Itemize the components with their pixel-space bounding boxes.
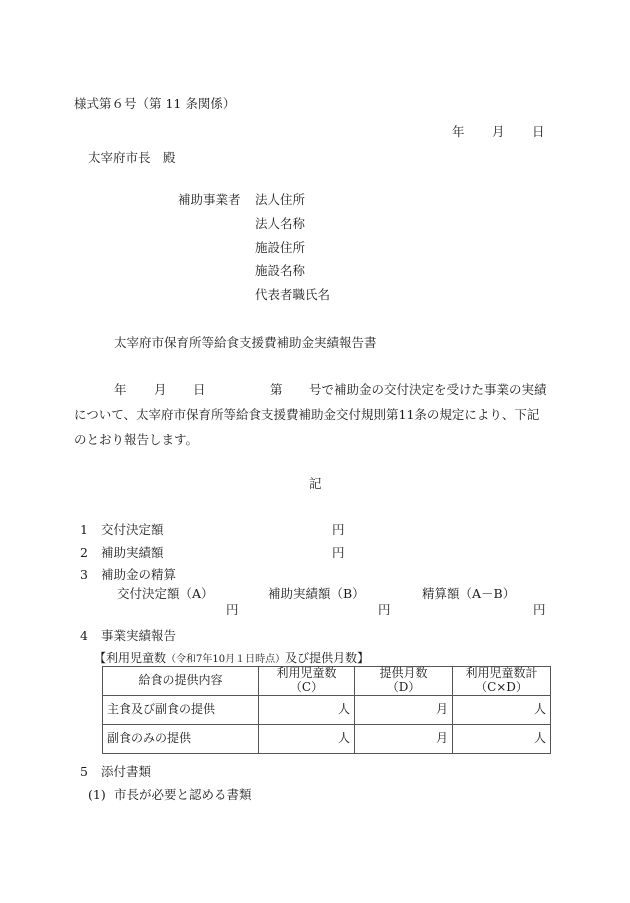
header-meal-content: 給食の提供内容 (103, 667, 259, 696)
settlement-a-label: 交付決定額（A） (117, 588, 214, 601)
table-caption-close: 及び提供月数】 (285, 651, 369, 665)
header-months: 提供月数 （D） (355, 667, 453, 696)
field-corporate-address: 法人住所 (255, 194, 305, 207)
table-row: 主食及び副食の提供 人 月 人 (103, 696, 551, 725)
table-caption-open: 【利用児童数 (94, 651, 166, 665)
item5-label: 添付書類 (101, 766, 151, 779)
applicant-role-label: 補助事業者 (178, 194, 241, 207)
field-facility-address: 施設住所 (255, 242, 305, 255)
children-count-cell[interactable]: 人 (259, 725, 355, 754)
form-number: 様式第６号（第 11 条関係） (74, 98, 235, 111)
table-row: 副食のみの提供 人 月 人 (103, 725, 551, 754)
body-line2: について、太宰府市保育所等給食支援費補助金交付規則第11条の規定により、下記 (74, 409, 539, 422)
item2-unit: 円 (332, 547, 345, 560)
field-corporate-name: 法人名称 (255, 218, 305, 231)
item2-label: 補助実績額 (101, 547, 164, 560)
item1-label: 交付決定額 (101, 524, 164, 537)
body-month: 月 (154, 384, 167, 397)
table-header-row: 給食の提供内容 利用児童数 （C） 提供月数 （D） 利用児童数計 （C×D） (103, 667, 551, 696)
item3-number: 3 (80, 569, 88, 582)
field-representative-name: 代表者職氏名 (255, 289, 330, 302)
item3-label: 補助金の精算 (101, 569, 176, 582)
children-total-cell[interactable]: 人 (453, 696, 551, 725)
date-day: 日 (532, 126, 545, 139)
item2-number: 2 (80, 547, 88, 560)
ki-label: 記 (309, 478, 322, 491)
children-total-cell[interactable]: 人 (453, 725, 551, 754)
settlement-ab-unit: 円 (533, 604, 546, 617)
body-dai: 第 (270, 384, 283, 397)
date-year: 年 (452, 126, 465, 139)
body-year: 年 (114, 384, 127, 397)
table-caption-note: （令和7年10月１日時点） (166, 654, 285, 665)
header-children-total: 利用児童数計 （C×D） (453, 667, 551, 696)
document-title: 太宰府市保育所等給食支援費補助金実績報告書 (114, 337, 377, 350)
attachment-1-label: 市長が必要と認める書類 (114, 789, 252, 802)
settlement-b-label: 補助実績額（B） (268, 588, 365, 601)
months-cell[interactable]: 月 (355, 696, 453, 725)
date-month: 月 (492, 126, 505, 139)
field-facility-name: 施設名称 (255, 265, 305, 278)
table-caption: 【利用児童数（令和7年10月１日時点）及び提供月数】 (94, 652, 369, 665)
header-children-count: 利用児童数 （C） (259, 667, 355, 696)
children-count-cell[interactable]: 人 (259, 696, 355, 725)
children-count-table: 給食の提供内容 利用児童数 （C） 提供月数 （D） 利用児童数計 （C×D） … (102, 666, 551, 754)
settlement-b-unit: 円 (378, 604, 391, 617)
body-day: 日 (193, 384, 206, 397)
attachment-1-number: (1) (88, 789, 106, 802)
body-line3: のとおり報告します。 (74, 434, 198, 447)
item1-number: 1 (80, 524, 88, 537)
item1-unit: 円 (332, 524, 345, 537)
item4-label: 事業実績報告 (101, 630, 176, 643)
row-label: 主食及び副食の提供 (103, 696, 259, 725)
item4-number: 4 (80, 630, 88, 643)
settlement-a-unit: 円 (226, 604, 239, 617)
months-cell[interactable]: 月 (355, 725, 453, 754)
body-line1-rest: 号で補助金の交付決定を受けた事業の実績 (309, 384, 547, 397)
item5-number: 5 (80, 766, 88, 779)
row-label: 副食のみの提供 (103, 725, 259, 754)
settlement-ab-label: 精算額（A－B） (422, 588, 515, 601)
addressee: 太宰府市長 殿 (88, 152, 176, 165)
